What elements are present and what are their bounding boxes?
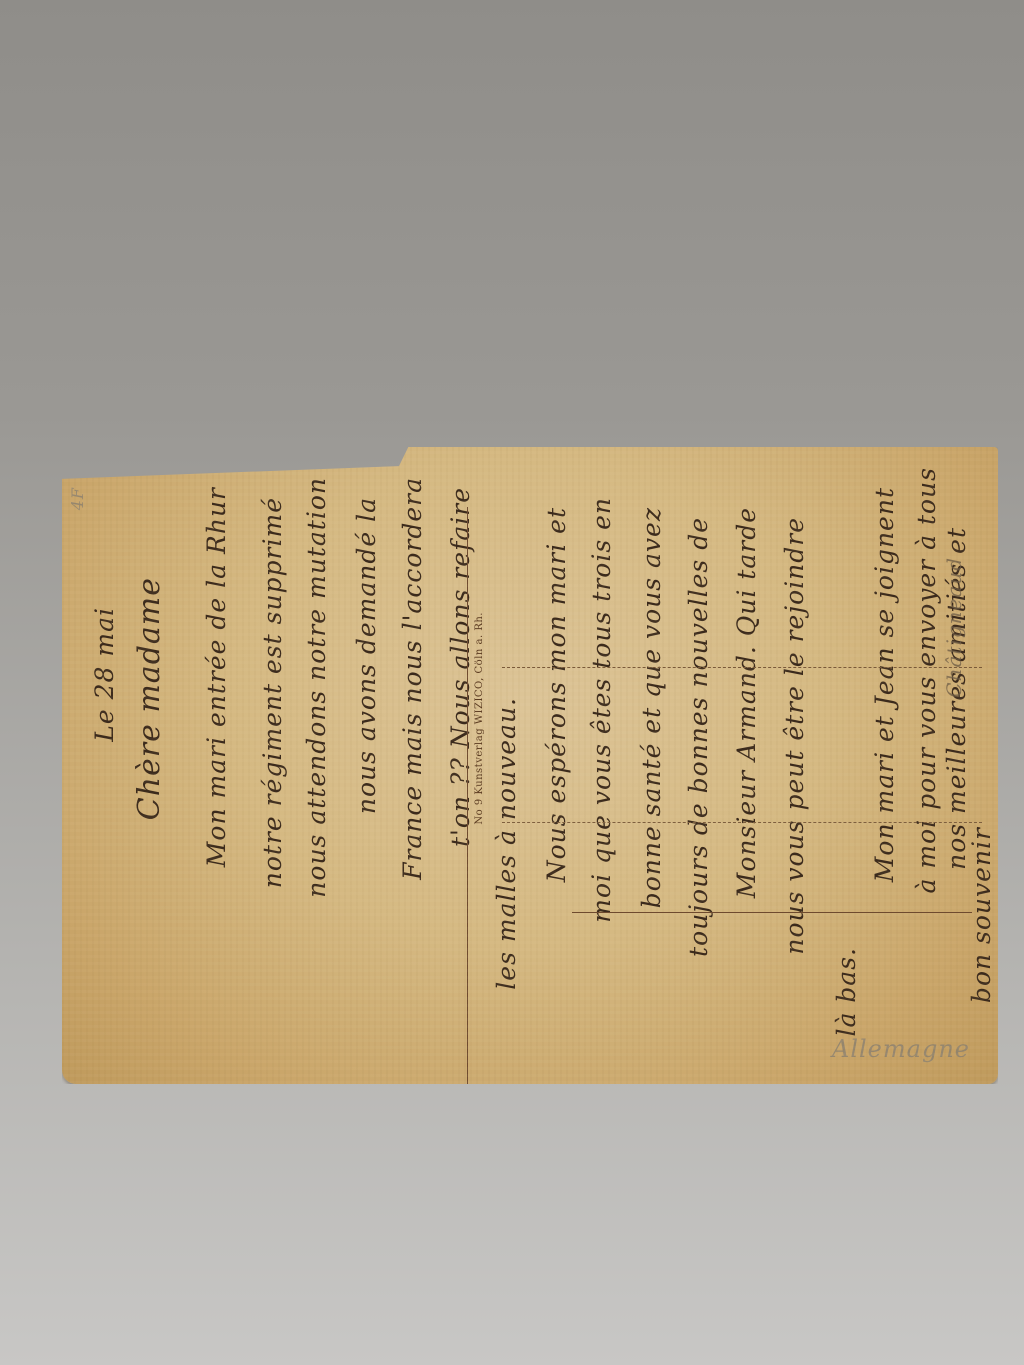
handwriting-line: France mais nous l'accordera (398, 477, 427, 880)
handwriting-line: moi que vous êtes tous trois en (587, 497, 616, 923)
stamp-area-line (572, 912, 972, 913)
handwriting-line: bonne santé et que vous avez (637, 507, 666, 908)
handwriting-line: nous vous peut être le rejoindre (780, 517, 809, 955)
handwriting-line: Mon mari entrée de la Rhur (202, 487, 231, 867)
address-line (502, 667, 982, 668)
handwriting-line: toujours de bonnes nouvelles de (684, 517, 713, 957)
postcard-back: 4F Le 28 mai Chère madame Mon mari entré… (62, 447, 998, 1084)
publisher-imprint: No 9 Kunstverlag WIZICO, Cöln a. Rh. (474, 612, 485, 825)
corner-mark: 4F (68, 487, 87, 510)
handwriting-line: là bas. (832, 947, 861, 1037)
handwriting-line: Nous espérons mon mari et (542, 507, 571, 882)
handwriting-line: les malles à nouveau. (492, 697, 521, 990)
handwriting-line: à moi pour vous envoyer à tous (912, 467, 941, 893)
handwriting-line: t'on ?? Nous allons refaire (446, 487, 475, 847)
center-divider-line (467, 507, 468, 1087)
pencil-annotation: Allemagne (832, 1035, 970, 1063)
handwriting-line: nous avons demandé la (352, 497, 381, 814)
address-line (502, 822, 982, 823)
handwriting-line: bon souvenir (967, 827, 996, 1003)
handwriting-line: Le 28 mai (90, 607, 119, 742)
handwriting-line: Chère madame (132, 577, 167, 820)
handwriting-line: nous attendons notre mutation (302, 477, 331, 898)
faint-signature: Châtigneaud (942, 557, 966, 698)
handwriting-line: Monsieur Armand. Qui tarde (732, 507, 761, 898)
handwriting-line: notre régiment est supprimé (258, 497, 287, 888)
